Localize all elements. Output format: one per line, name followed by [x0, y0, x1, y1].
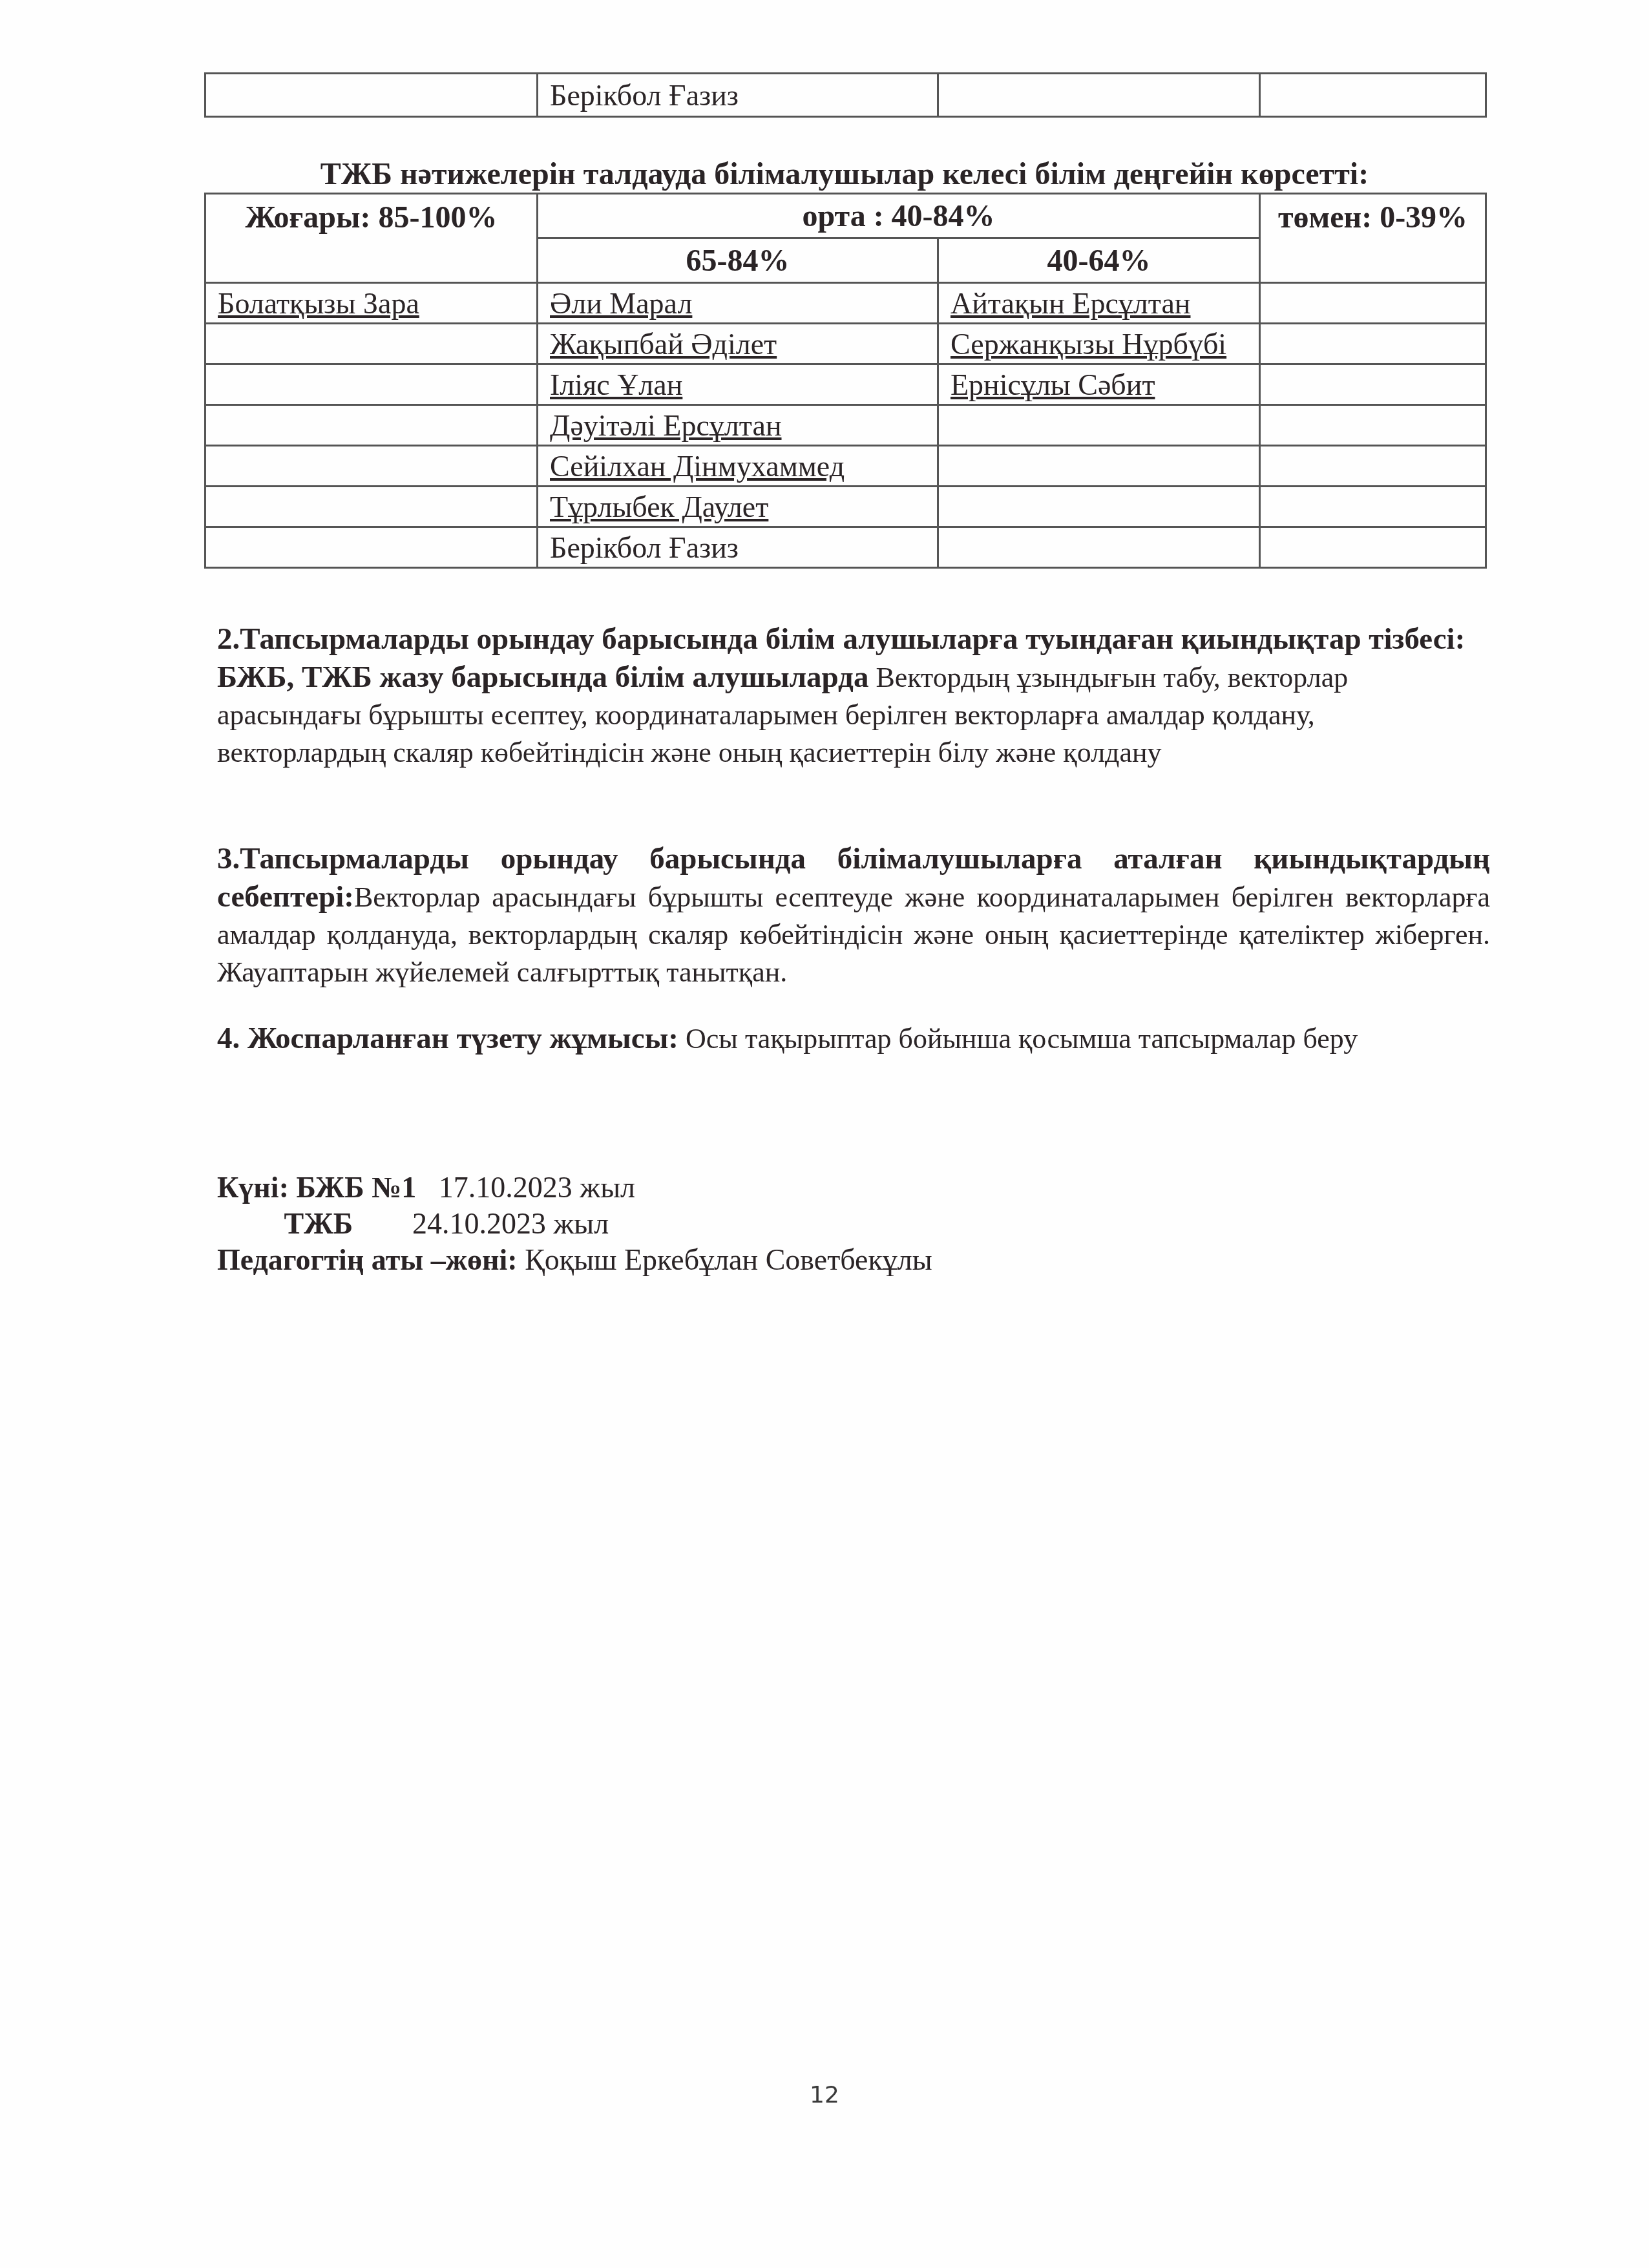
cell-mid-a: Сейілхан Дінмухаммед	[538, 446, 938, 487]
table-cell	[1260, 74, 1486, 117]
student-name: Дәуітәлі Ерсұлтан	[550, 409, 782, 442]
document-page: Берікбол Ғазиз ТЖБ нәтижелерін талдауда …	[0, 0, 1649, 2268]
cell-mid-a: Берікбол Ғазиз	[538, 527, 938, 568]
cell-mid-a: Тұрлыбек Даулет	[538, 487, 938, 527]
table-row: Жақыпбай ӘділетСержанқызы Нұрбүбі	[205, 324, 1486, 364]
bjb-date: 17.10.2023 жыл	[439, 1171, 635, 1204]
table-row: Берікбол Ғазиз	[205, 527, 1486, 568]
results-body: Болатқызы ЗараӘли МаралАйтақын ЕрсұлтанЖ…	[205, 283, 1486, 568]
cell-low	[1260, 364, 1486, 405]
cell-mid-b	[938, 446, 1260, 487]
tjb-date: 24.10.2023 жыл	[412, 1207, 609, 1240]
cell-low	[1260, 487, 1486, 527]
cell-high	[205, 364, 538, 405]
cell-low	[1260, 527, 1486, 568]
date-label: Күні: БЖБ №1	[217, 1171, 416, 1204]
results-title: ТЖБ нәтижелерін талдауда білімалушылар к…	[204, 156, 1485, 192]
section-3-text: Векторлар арасындағы бұрышты есептеуде ж…	[217, 881, 1490, 988]
section-4-text: Осы тақырыптар бойынша қосымша тапсырмал…	[678, 1023, 1358, 1055]
student-name: Ернісұлы Сәбит	[951, 368, 1155, 401]
cell-high	[205, 487, 538, 527]
student-name: Тұрлыбек Даулет	[550, 490, 768, 523]
student-name: Әли Марал	[550, 287, 692, 320]
cell-high	[205, 405, 538, 446]
student-name: Іліяс Ұлан	[550, 368, 682, 401]
header-mid-a: 65-84%	[538, 238, 938, 283]
header-row: Жоғары: 85-100% орта : 40-84% төмен: 0-3…	[205, 194, 1486, 238]
teacher-label: Педагогтің аты –жөні:	[217, 1243, 518, 1276]
teacher-name: Қоқыш Еркебұлан Советбекұлы	[518, 1243, 932, 1276]
cell-mid-a: Іліяс Ұлан	[538, 364, 938, 405]
section-4-heading: 4. Жоспарланған түзету жұмысы:	[217, 1022, 678, 1055]
header-low: төмен: 0-39%	[1260, 194, 1486, 283]
cell-low	[1260, 446, 1486, 487]
cell-mid-a: Дәуітәлі Ерсұлтан	[538, 405, 938, 446]
cell-low	[1260, 324, 1486, 364]
cell-mid-b	[938, 487, 1260, 527]
student-name: Айтақын Ерсұлтан	[951, 287, 1190, 320]
cell-mid-b: Сержанқызы Нұрбүбі	[938, 324, 1260, 364]
teacher-row: Педагогтің аты –жөні: Қоқыш Еркебұлан Со…	[217, 1242, 932, 1278]
cell-high	[205, 527, 538, 568]
cell-mid-b: Ернісұлы Сәбит	[938, 364, 1260, 405]
table-cell	[938, 74, 1260, 117]
student-name: Болатқызы Зара	[218, 287, 419, 320]
table-row: Іліяс ҰланЕрнісұлы Сәбит	[205, 364, 1486, 405]
cell-mid-a: Әли Марал	[538, 283, 938, 324]
student-name: Сержанқызы Нұрбүбі	[951, 328, 1226, 361]
section-4-plan: 4. Жоспарланған түзету жұмысы: Осы тақыр…	[217, 1020, 1490, 1058]
section-2-difficulties: 2.Тапсырмаларды орындау барысында білім …	[217, 620, 1490, 772]
table-row: Сейілхан Дінмухаммед	[205, 446, 1486, 487]
header-mid: орта : 40-84%	[538, 194, 1260, 238]
student-name: Жақыпбай Әділет	[550, 328, 777, 361]
table-cell: Берікбол Ғазиз	[538, 74, 938, 117]
previous-table-tail: Берікбол Ғазиз	[204, 72, 1487, 118]
student-name: Берікбол Ғазиз	[550, 531, 739, 564]
tjb-label: ТЖБ	[284, 1207, 353, 1240]
signature-block: Күні: БЖБ №1 17.10.2023 жыл ТЖБ 24.10.20…	[217, 1170, 932, 1278]
cell-low	[1260, 405, 1486, 446]
table-row: Тұрлыбек Даулет	[205, 487, 1486, 527]
bjb-date-row: Күні: БЖБ №1 17.10.2023 жыл	[217, 1170, 932, 1206]
table-cell	[205, 74, 538, 117]
tjb-date-row: ТЖБ 24.10.2023 жыл	[217, 1206, 932, 1242]
page-number: 12	[0, 2082, 1649, 2108]
cell-high	[205, 324, 538, 364]
student-name: Сейілхан Дінмухаммед	[550, 450, 845, 483]
cell-mid-b	[938, 527, 1260, 568]
cell-high	[205, 446, 538, 487]
cell-mid-b: Айтақын Ерсұлтан	[938, 283, 1260, 324]
section-3-causes: 3.Тапсырмаларды орындау барысында біліма…	[217, 840, 1490, 991]
table-row: Берікбол Ғазиз	[205, 74, 1486, 117]
cell-mid-b	[938, 405, 1260, 446]
table-row: Дәуітәлі Ерсұлтан	[205, 405, 1486, 446]
cell-high: Болатқызы Зара	[205, 283, 538, 324]
cell-low	[1260, 283, 1486, 324]
header-high: Жоғары: 85-100%	[205, 194, 538, 283]
header-mid-b: 40-64%	[938, 238, 1260, 283]
results-table: Жоғары: 85-100% орта : 40-84% төмен: 0-3…	[204, 193, 1487, 569]
table-row: Болатқызы ЗараӘли МаралАйтақын Ерсұлтан	[205, 283, 1486, 324]
cell-mid-a: Жақыпбай Әділет	[538, 324, 938, 364]
